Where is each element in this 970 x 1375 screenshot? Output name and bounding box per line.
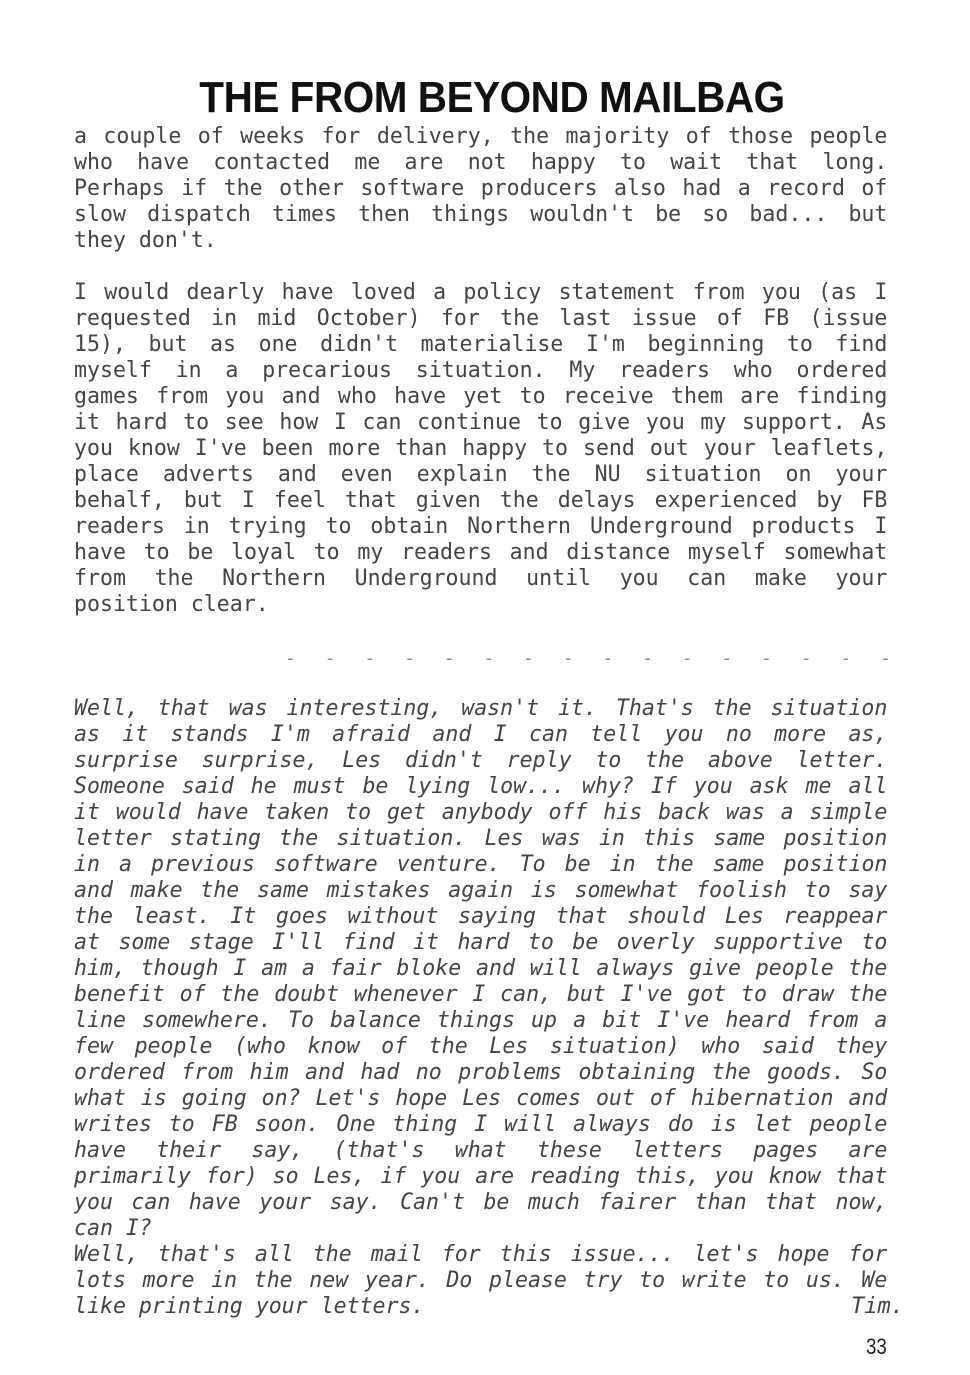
text-line: at some stage I'll find it hard to be ov… (74, 930, 887, 956)
text-line: primarily for) so Les, if you are readin… (74, 1164, 887, 1190)
text-line: as it stands I'm afraid and I can tell y… (74, 722, 887, 748)
text-line: behalf, but I feel that given the delays… (74, 488, 887, 514)
text-line: benefit of the doubt whenever I can, but… (74, 982, 887, 1008)
text-line: have to be loyal to my readers and dista… (74, 540, 887, 566)
text-line: games from you and who have yet to recei… (74, 384, 887, 410)
text-line: Someone said he must be lying low... why… (74, 774, 887, 800)
text-line: few people (who know of the Les situatio… (74, 1034, 887, 1060)
text-line: in a previous software venture. To be in… (74, 852, 887, 878)
text-line: can I? (74, 1216, 887, 1242)
editor-reply: Well, that was interesting, wasn't it. T… (74, 696, 904, 1320)
section-separator: - - - - - - - - - - - - - - - - (285, 648, 695, 669)
text-line: letter stating the situation. Les was in… (74, 826, 887, 852)
text-line: him, though I am a fair bloke and will a… (74, 956, 887, 982)
text-line: requested in mid October) for the last i… (74, 306, 887, 332)
letter-paragraph-2: I would dearly have loved a policy state… (74, 280, 904, 618)
text-line: from the Northern Underground until you … (74, 566, 887, 592)
text-line: the least. It goes without saying that s… (74, 904, 887, 930)
text-line: Well, that was interesting, wasn't it. T… (74, 696, 887, 722)
text-line: like printing your letters. (74, 1294, 887, 1320)
text-line: Perhaps if the other software producers … (74, 176, 887, 202)
text-line: I would dearly have loved a policy state… (74, 280, 887, 306)
text-line: readers in trying to obtain Northern Und… (74, 514, 887, 540)
text-line: writes to FB soon. One thing I will alwa… (74, 1112, 887, 1138)
text-line: line somewhere. To balance things up a b… (74, 1008, 887, 1034)
text-line: it would have taken to get anybody off h… (74, 800, 887, 826)
text-line: place adverts and even explain the NU si… (74, 462, 887, 488)
text-line: you can have your say. Can't be much fai… (74, 1190, 887, 1216)
signature: Tim. (851, 1294, 904, 1320)
page-number: 33 (866, 1334, 887, 1360)
text-line: they don't. (74, 228, 887, 254)
text-line: surprise surprise, Les didn't reply to t… (74, 748, 887, 774)
text-line: a couple of weeks for delivery, the majo… (74, 124, 887, 150)
text-line: you know I've been more than happy to se… (74, 436, 887, 462)
closing-line: like printing your letters. Tim. (74, 1294, 904, 1320)
letter-paragraph-1: a couple of weeks for delivery, the majo… (74, 124, 904, 254)
page-title: THE FROM BEYOND MAILBAG (39, 73, 944, 123)
text-line: have their say, (that's what these lette… (74, 1138, 887, 1164)
text-line: Well, that's all the mail for this issue… (74, 1242, 887, 1268)
text-line: lots more in the new year. Do please try… (74, 1268, 887, 1294)
text-line: 15), but as one didn't materialise I'm b… (74, 332, 887, 358)
text-line: what is going on? Let's hope Les comes o… (74, 1086, 887, 1112)
text-line: and make the same mistakes again is some… (74, 878, 887, 904)
text-line: myself in a precarious situation. My rea… (74, 358, 887, 384)
text-line: who have contacted me are not happy to w… (74, 150, 887, 176)
text-line: slow dispatch times then things wouldn't… (74, 202, 887, 228)
text-line: it hard to see how I can continue to giv… (74, 410, 887, 436)
text-line: position clear. (74, 592, 887, 618)
text-line: ordered from him and had no problems obt… (74, 1060, 887, 1086)
